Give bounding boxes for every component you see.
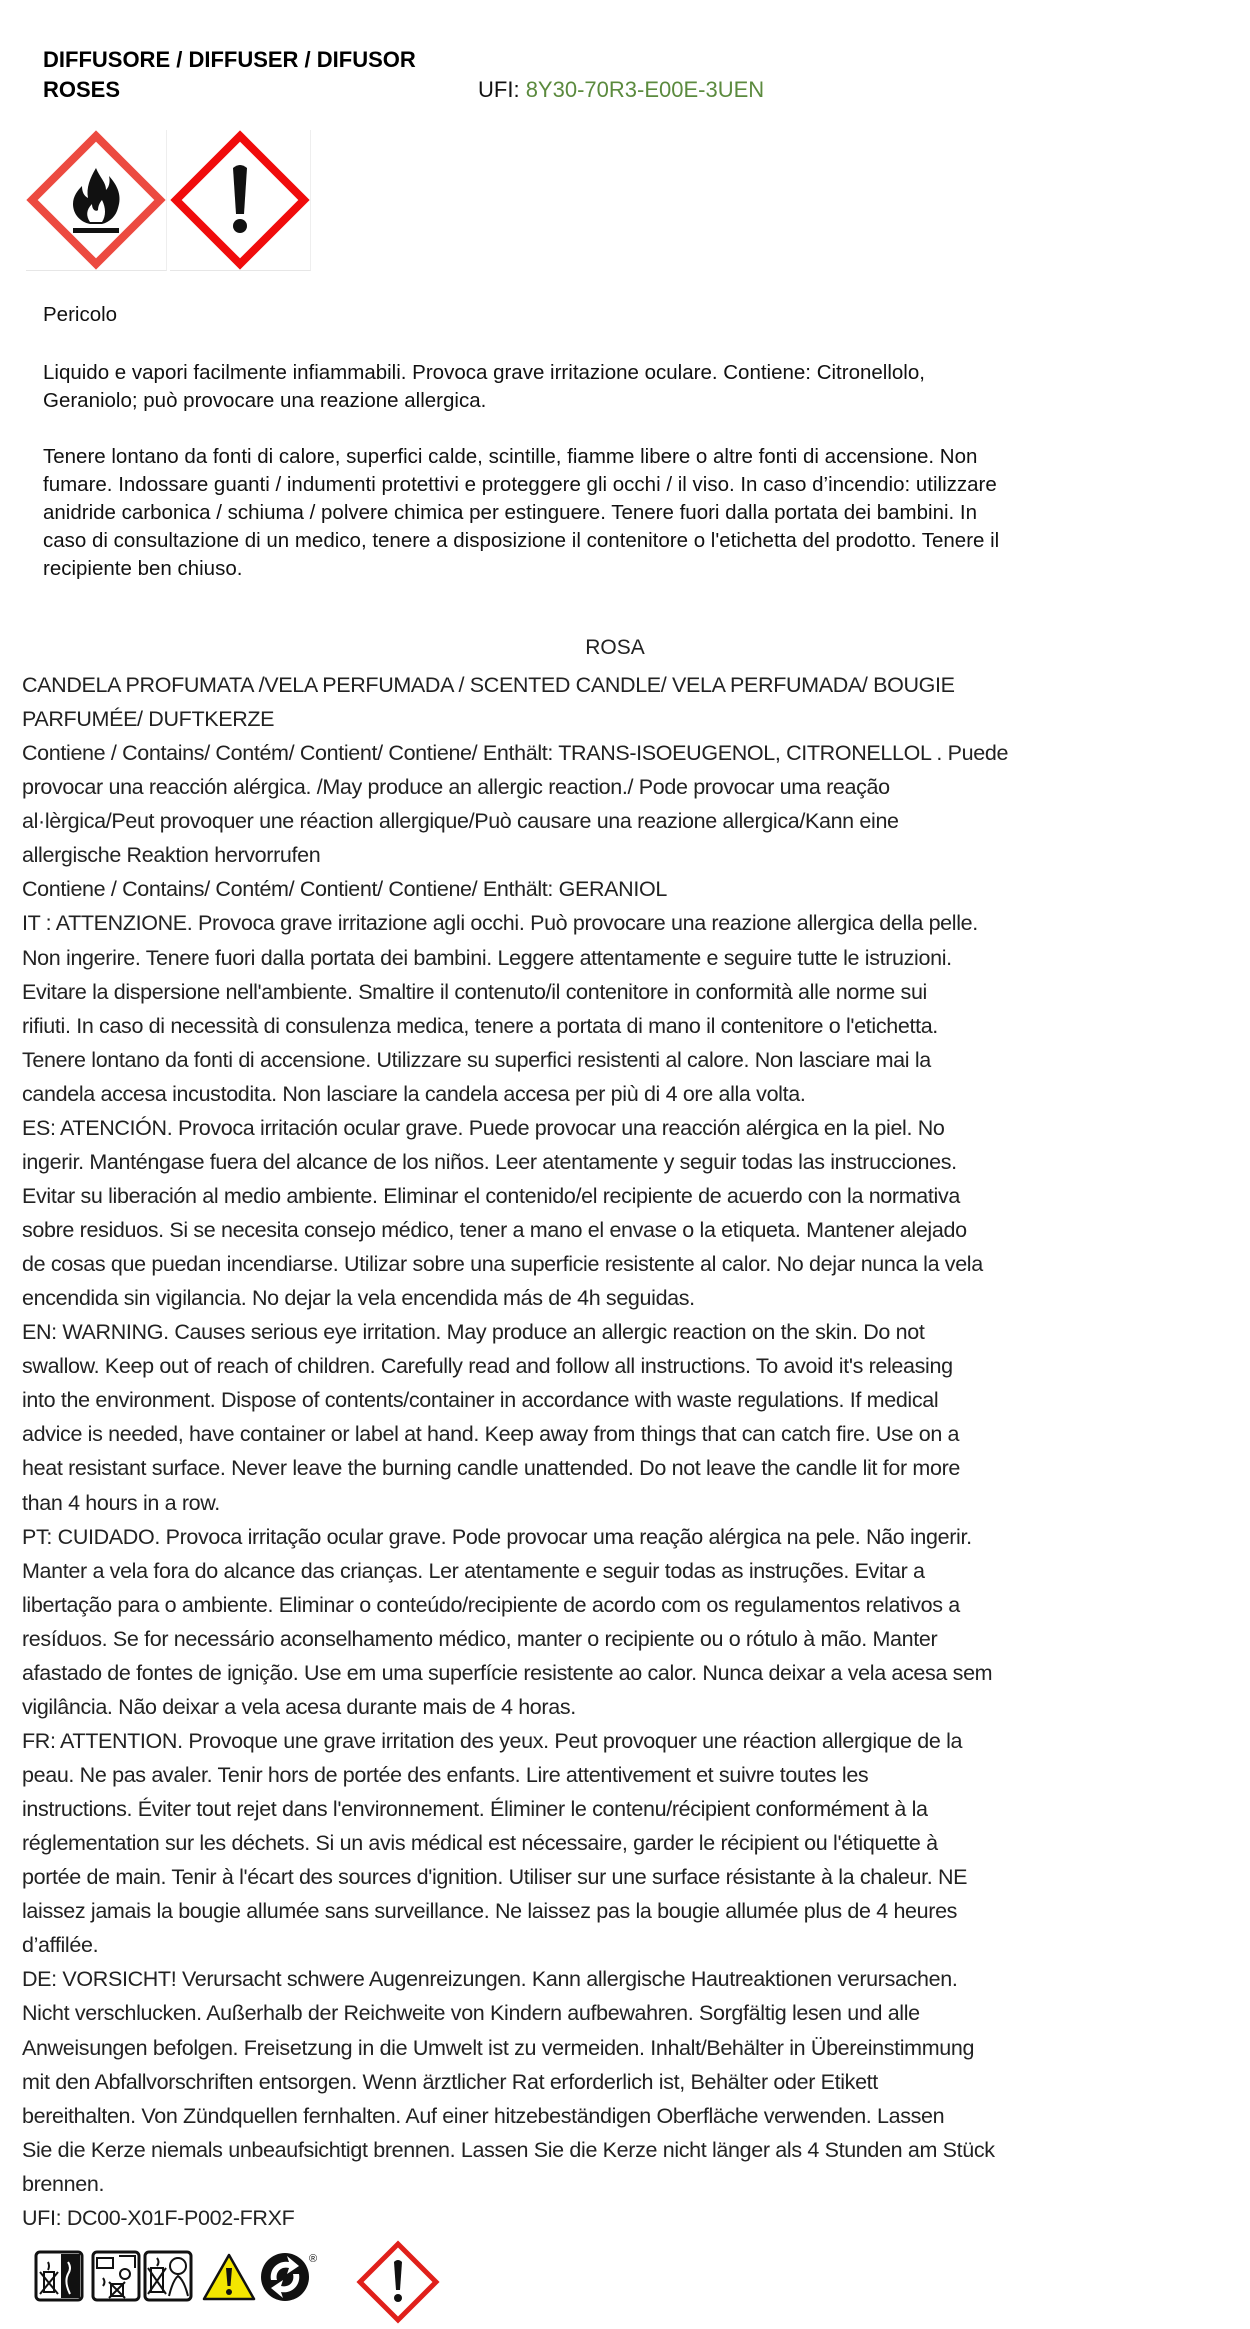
candle-title: ROSA [0,636,1230,660]
candle-label-line: encendida sin vigilancia. No dejar la ve… [22,1281,1008,1315]
candle-label-line: candela accesa incustodita. Non lasciare… [22,1077,1008,1111]
candle-label-line: Anweisungen befolgen. Freisetzung in die… [22,2031,1008,2065]
hazard-statements: Liquido e vapori facilmente infiammabili… [43,359,925,415]
candle-label-line: d’affilée. [22,1928,1008,1962]
candle-label-line: Evitar su liberación al medio ambiente. … [22,1179,1008,1213]
precautionary-statements: Tenere lontano da fonti di calore, super… [43,443,999,583]
candle-label-line: rifiuti. In caso di necessità di consule… [22,1009,1008,1043]
precaution-line: recipiente ben chiuso. [43,555,999,583]
product-line-title: DIFFUSORE / DIFFUSER / DIFUSOR [43,48,416,72]
candle-label-line: into the environment. Dispose of content… [22,1383,1008,1417]
ufi-code-value: 8Y30-70R3-E00E-3UEN [526,77,764,102]
candle-label-line: Sie die Kerze niemals unbeaufsichtigt br… [22,2133,1008,2167]
candle-label-line: allergische Reaktion hervorrufen [22,838,1008,872]
candle-label-line: Nicht verschlucken. Außerhalb der Reichw… [22,1996,1008,2030]
candle-label-text: CANDELA PROFUMATA /VELA PERFUMADA / SCEN… [22,668,1008,2235]
yellow-warning-triangle-icon [201,2252,257,2302]
candle-label-line: EN: WARNING. Causes serious eye irritati… [22,1315,1008,1349]
candle-label-line: FR: ATTENTION. Provoque une grave irrita… [22,1724,1008,1758]
candle-label-line: PT: CUIDADO. Provoca irritação ocular gr… [22,1520,1008,1554]
candle-label-line: Manter a vela fora do alcance das crianç… [22,1554,1008,1588]
keep-from-children-icon [143,2250,193,2302]
candle-label-line: Evitare la dispersione nell'ambiente. Sm… [22,975,1008,1009]
candle-label-line: PARFUMÉE/ DUFTKERZE [22,702,1008,736]
candle-label-line: Contiene / Contains/ Contém/ Contient/ C… [22,872,1008,906]
candle-label-line: vigilância. Não deixar a vela acesa dura… [22,1690,1008,1724]
svg-text:®: ® [309,2253,317,2265]
precaution-line: fumare. Indossare guanti / indumenti pro… [43,471,999,499]
ufi-code-top: UFI: 8Y30-70R3-E00E-3UEN [478,78,764,102]
candle-label-line: bereithalten. Von Zündquellen fernhalten… [22,2099,1008,2133]
candle-label-line: Tenere lontano da fonti di accensione. U… [22,1043,1008,1077]
candle-label-line: ES: ATENCIÓN. Provoca irritación ocular … [22,1111,1008,1145]
candle-label-line: advice is needed, have container or labe… [22,1417,1008,1451]
candle-label-line: IT : ATTENZIONE. Provoca grave irritazio… [22,906,1008,940]
candle-label-line: resíduos. Se for necessário aconselhamen… [22,1622,1008,1656]
exclamation-icon [170,130,310,270]
candle-label-line: than 4 hours in a row. [22,1486,1008,1520]
precaution-line: anidride carbonica / schiuma / polvere c… [43,499,999,527]
signal-word: Pericolo [43,301,117,329]
candle-label-line: laissez jamais la bougie allumée sans su… [22,1894,1008,1928]
candle-label-line: al·lèrgica/Peut provoquer une réaction a… [22,804,1008,838]
candle-label-line: afastado de fontes de ignição. Use em um… [22,1656,1008,1690]
candle-label-line: ingerir. Manténgase fuera del alcance de… [22,1145,1008,1179]
flame-icon [26,130,166,270]
candle-label-line: portée de main. Tenir à l'écart des sour… [22,1860,1008,1894]
precaution-line: caso di consultazione di un medico, tene… [43,527,999,555]
candle-label-line: sobre residuos. Si se necesita consejo m… [22,1213,1008,1247]
signal-word-text: Pericolo [43,301,117,329]
candle-label-line: provocar una reacción alérgica. /May pro… [22,770,1008,804]
candle-label-line: mit den Abfallvorschriften entsorgen. We… [22,2065,1008,2099]
exclamation-pictogram [170,130,311,271]
candle-label-line: heat resistant surface. Never leave the … [22,1451,1008,1485]
precaution-line: Tenere lontano da fonti di calore, super… [43,443,999,471]
candle-label-line: instructions. Éviter tout rejet dans l'e… [22,1792,1008,1826]
fragrance-name: ROSES [43,78,120,102]
ufi-label: UFI: [478,77,520,102]
candle-label-line: swallow. Keep out of reach of children. … [22,1349,1008,1383]
flame-pictogram [26,130,167,271]
candle-label-line: de cosas que puedan incendiarse. Utiliza… [22,1247,1008,1281]
no-candle-near-flammables-icon [91,2250,141,2302]
candle-label-line: Non ingerire. Tenere fuori dalla portata… [22,941,1008,975]
hazard-line: Geraniolo; può provocare una reazione al… [43,387,925,415]
candle-label-line: CANDELA PROFUMATA /VELA PERFUMADA / SCEN… [22,668,1008,702]
candle-label-line: brennen. [22,2167,1008,2201]
candle-label-line: DE: VORSICHT! Verursacht schwere Augenre… [22,1962,1008,1996]
candle-label-line: peau. Ne pas avaler. Tenir hors de porté… [22,1758,1008,1792]
candle-label-line: libertação para o ambiente. Eliminar o c… [22,1588,1008,1622]
green-dot-recycling-icon: ® [259,2250,321,2302]
ufi-code-bottom: UFI: DC00-X01F-P002-FRXF [22,2201,1008,2235]
ghs-exclamation-icon [356,2240,440,2324]
candle-label-line: réglementation sur les déchets. Si un av… [22,1826,1008,1860]
candle-label-line: Contiene / Contains/ Contém/ Contient/ C… [22,736,1008,770]
hazard-line: Liquido e vapori facilmente infiammabili… [43,359,925,387]
no-candle-near-curtains-icon [34,2250,84,2302]
